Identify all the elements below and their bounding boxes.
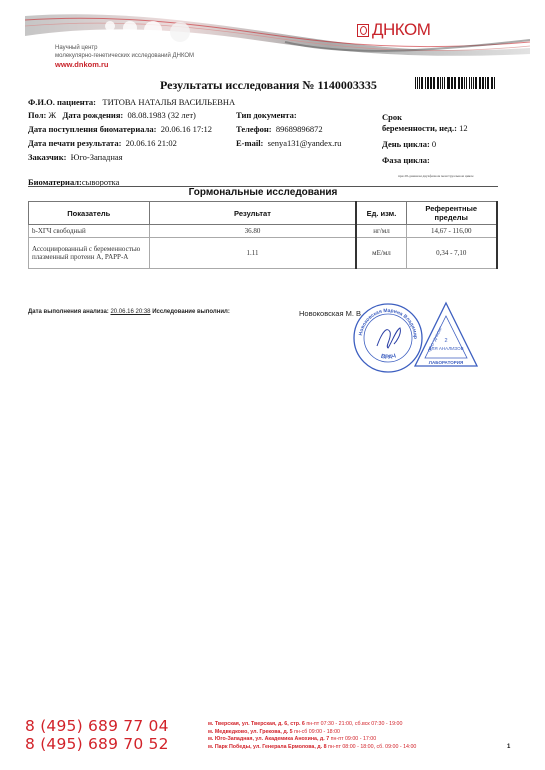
footer-phones: 8 (495) 689 77 04 8 (495) 689 70 52: [25, 717, 169, 753]
cycle-phase-label: Фаза цикла:: [382, 155, 430, 165]
svg-text:2: 2: [444, 338, 447, 344]
page-number: 1: [507, 744, 510, 750]
section-title: Гормональные исследования: [28, 187, 498, 198]
result-cell: 1.11: [149, 238, 356, 269]
table-header-row: Показатель Результат Ед. изм. Референтны…: [29, 202, 498, 225]
svg-text:ЛАБОРАТОРИЯ: ЛАБОРАТОРИЯ: [429, 360, 463, 365]
cycle-note: при 28-дневном двухфазном менструальном …: [398, 174, 474, 178]
address-item: м. Тверская, ул. Тверская, д. 6, стр. 6 …: [208, 721, 416, 729]
center-name: Научный центр молекулярно-генетических и…: [55, 45, 194, 60]
unit-cell: мЕ/мл: [356, 238, 406, 269]
cycle-day-row: День цикла: 0: [382, 139, 436, 150]
logo-text: ДНКОМ: [372, 20, 430, 40]
unit-cell: нг/мл: [356, 225, 406, 238]
email-label: E-mail:: [236, 138, 263, 148]
address-item: м. Парк Победы, ул. Генерала Ермолова, д…: [208, 744, 416, 752]
table-row: Ассоциированный с беременностью плазменн…: [29, 238, 498, 269]
email-value: senya131@yandex.ru: [268, 138, 342, 148]
address-place: м. Медведково, ул. Грекова, д. 5: [208, 729, 293, 735]
reference-cell: 14,67 - 116,00: [406, 225, 497, 238]
printed-value: 20.06.16 21:02: [126, 138, 177, 148]
phone-value: 89689896872: [276, 124, 323, 134]
reference-cell: 0,34 - 7,10: [406, 238, 497, 269]
execution-date-label: Дата выполнения анализа:: [28, 309, 109, 315]
customer-label: Заказчик:: [28, 152, 66, 162]
dob-label: Дата рождения:: [62, 110, 123, 120]
results-table: Показатель Результат Ед. изм. Референтны…: [28, 201, 498, 269]
report-title: Результаты исследования № 1140003335: [160, 78, 377, 93]
address-hours: пн-пт 09:00 - 17:00: [331, 736, 377, 742]
address-hours: пн-сб 09:00 - 18:00: [294, 729, 340, 735]
result-cell: 36.80: [149, 225, 356, 238]
barcode: [415, 77, 495, 89]
address-hours: пн-пт 08:00 - 18:00, сб. 09:00 - 14:00: [328, 744, 416, 750]
pregnancy-label: беременности, нед.:: [382, 123, 457, 133]
sex-dob-row: Пол: Ж Дата рождения: 08.08.1983 (32 лет…: [28, 110, 196, 121]
svg-text:ВРАЧ: ВРАЧ: [380, 353, 397, 360]
col-reference: Референтные пределы: [406, 202, 497, 225]
col-unit: Ед. изм.: [356, 202, 406, 225]
received-label: Дата поступления биоматериала:: [28, 124, 156, 134]
footer-addresses: м. Тверская, ул. Тверская, д. 6, стр. 6 …: [208, 721, 416, 751]
customer-row: Заказчик: Юго-Западная: [28, 152, 123, 163]
execution-row: Дата выполнения анализа: 20.06.16 20:38 …: [28, 309, 230, 315]
sex-value: Ж: [48, 110, 56, 120]
address-item: м. Медведково, ул. Грекова, д. 5 пн-сб 0…: [208, 729, 416, 737]
received-row: Дата поступления биоматериала: 20.06.16 …: [28, 124, 212, 135]
dob-value: 08.08.1983 (32 лет): [128, 110, 196, 120]
patient-name: ТИТОВА НАТАЛЬЯ ВАСИЛЬЕВНА: [102, 97, 235, 107]
phone-label: Телефон:: [236, 124, 272, 134]
printed-label: Дата печати результата:: [28, 138, 121, 148]
cycle-day-label: День цикла:: [382, 139, 430, 149]
execution-date: 20.06.16 20:38: [110, 309, 150, 315]
doc-type-label: Тип документа:: [236, 110, 297, 120]
col-indicator: Показатель: [29, 202, 150, 225]
customer-value: Юго-Западная: [71, 152, 123, 162]
printed-row: Дата печати результата: 20.06.16 21:02: [28, 138, 177, 149]
svg-text:Новоковская Марина Владимировн: Новоковская Марина Владимировна: [352, 302, 418, 339]
address-place: м. Парк Победы, ул. Генерала Ермолова, д…: [208, 744, 327, 750]
fio-label: Ф.И.О. пациента:: [28, 97, 96, 107]
website-link[interactable]: www.dnkom.ru: [55, 60, 108, 69]
performed-by-label: Исследование выполнил:: [152, 309, 230, 315]
center-name-line1: Научный центр: [55, 45, 194, 53]
col-result: Результат: [149, 202, 356, 225]
phone-number[interactable]: 8 (495) 689 77 04: [25, 717, 169, 735]
pregnancy-label-1: Срок: [382, 112, 402, 123]
table-row: b-ХГЧ свободный 36.80 нг/мл 14,67 - 116,…: [29, 225, 498, 238]
address-item: м. Юго-Западная, ул. Академика Анохина, …: [208, 736, 416, 744]
patient-name-row: Ф.И.О. пациента: ТИТОВА НАТАЛЬЯ ВАСИЛЬЕВ…: [28, 97, 235, 108]
dna-logo-icon: [357, 24, 369, 37]
dnkom-logo: ДНКОМ: [357, 20, 430, 40]
sex-label: Пол:: [28, 110, 46, 120]
address-hours: пн-пт 07:30 - 21:00, сб.вск 07:30 - 19:0…: [306, 721, 402, 727]
doc-type-row: Тип документа:: [236, 110, 297, 121]
cycle-phase-row: Фаза цикла:: [382, 155, 430, 166]
center-name-line2: молекулярно-генетических исследований ДН…: [55, 53, 194, 61]
email-row: E-mail: senya131@yandex.ru: [236, 138, 341, 149]
cycle-day-value: 0: [432, 139, 436, 149]
phone-row: Телефон: 89689896872: [236, 124, 323, 135]
address-place: м. Тверская, ул. Тверская, д. 6, стр. 6: [208, 721, 305, 727]
pregnancy-label-word: Срок: [382, 112, 402, 122]
laboratory-stamp-icon: 2 ДЛЯ АНАЛИЗОВ ЛАБОРАТОРИЯ ООО "ДНКОМ": [412, 300, 480, 374]
received-value: 20.06.16 17:12: [161, 124, 212, 134]
address-place: м. Юго-Западная, ул. Академика Анохина, …: [208, 736, 329, 742]
phone-number[interactable]: 8 (495) 689 70 52: [25, 735, 169, 753]
pregnancy-row: беременности, нед.: 12: [382, 123, 468, 134]
indicator-cell: b-ХГЧ свободный: [29, 225, 150, 238]
indicator-cell: Ассоциированный с беременностью плазменн…: [29, 238, 150, 269]
pregnancy-weeks: 12: [459, 123, 468, 133]
